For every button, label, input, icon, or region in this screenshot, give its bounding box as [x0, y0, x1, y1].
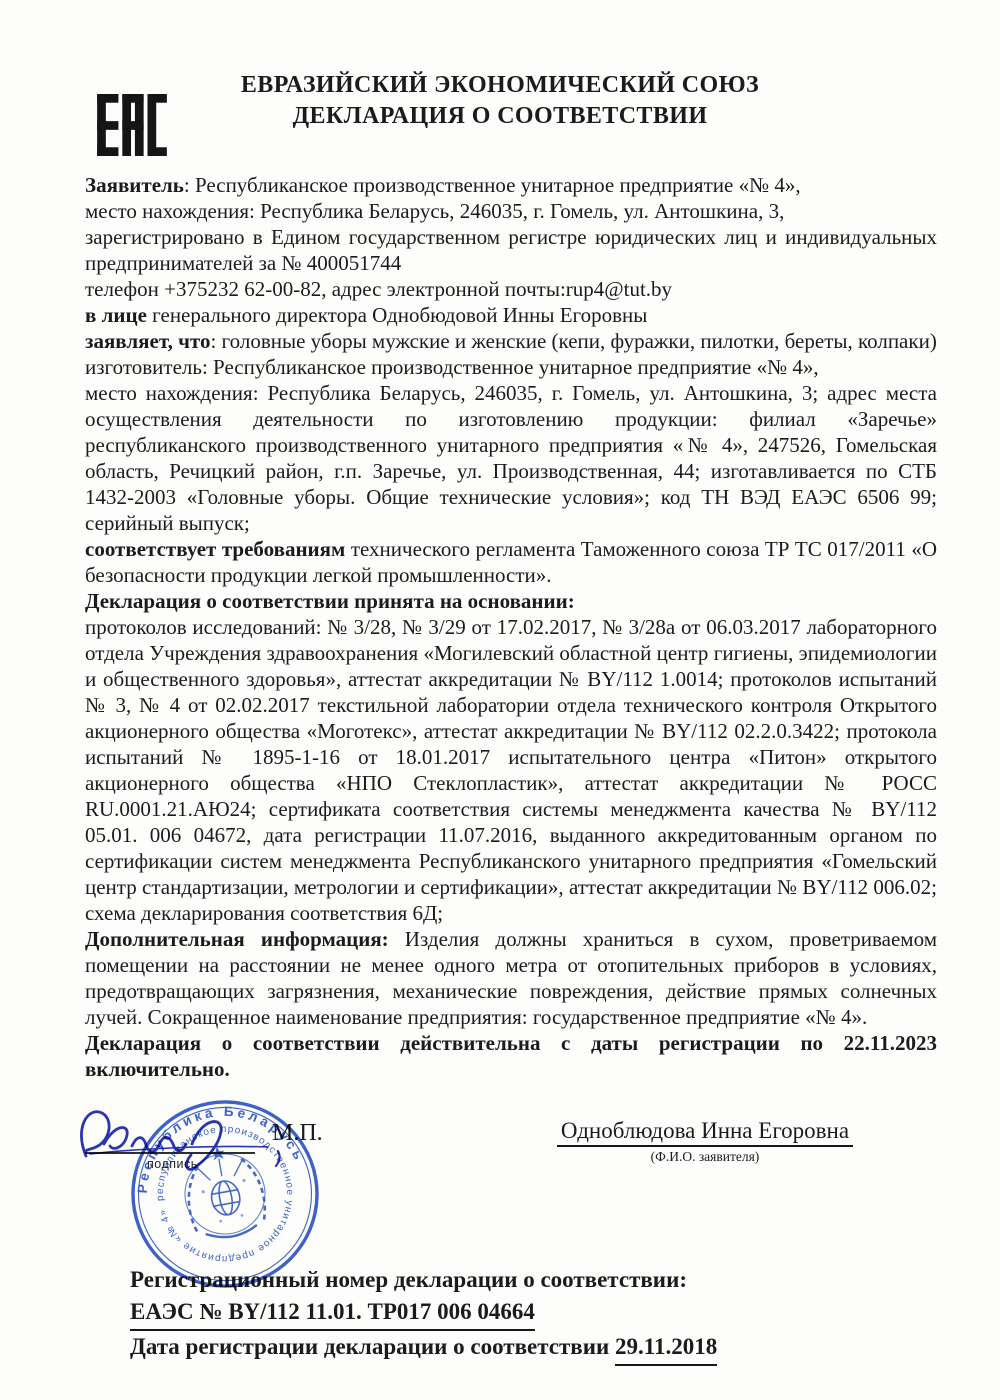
registration-date: 29.11.2018 [615, 1331, 717, 1366]
applicant-paragraph: Заявитель: Республиканское производствен… [85, 172, 937, 198]
title-line-union: ЕВРАЗИЙСКИЙ ЭКОНОМИЧЕСКИЙ СОЮЗ [0, 70, 1000, 101]
manufacturer-line: изготовитель: Республиканское производст… [85, 354, 937, 380]
applicant-label: Заявитель [85, 173, 184, 197]
applicant-block: Одноблюдова Инна Егоровна (Ф.И.О. заявит… [540, 1118, 870, 1165]
registration-title: Регистрационный номер декларации о соотв… [130, 1264, 930, 1296]
basis-paragraph: протоколов исследований: № 3/28, № 3/29 … [85, 614, 937, 926]
registration-number: ЕАЭС № BY/112 11.01. ТР017 006 04664 [130, 1296, 535, 1331]
compliance-paragraph: соответствует требованиям технического р… [85, 536, 937, 588]
represented-by-label: в лице [85, 303, 147, 327]
additional-info-paragraph: Дополнительная информация: Изделия должн… [85, 926, 937, 1030]
additional-info-label: Дополнительная информация: [85, 927, 389, 951]
declares-label: заявляет, что [85, 329, 210, 353]
compliance-label: соответствует требованиям [85, 537, 345, 561]
document-body: Заявитель: Республиканское производствен… [85, 172, 937, 1082]
document-title: ЕВРАЗИЙСКИЙ ЭКОНОМИЧЕСКИЙ СОЮЗ ДЕКЛАРАЦИ… [0, 70, 1000, 132]
handwritten-signature [70, 1098, 302, 1190]
registration-block: Регистрационный номер декларации о соотв… [130, 1264, 930, 1366]
represented-by-paragraph: в лице генерального директора Однобюдово… [85, 302, 937, 328]
contact-line: телефон +375232 62-00-82, адрес электрон… [85, 276, 937, 302]
applicant-name: Одноблюдова Инна Егоровна [557, 1118, 853, 1147]
basis-heading: Декларация о соответствии принята на осн… [85, 588, 937, 614]
declares-paragraph: заявляет, что: головные уборы мужские и … [85, 328, 937, 354]
registration-date-label: Дата регистрации декларации о соответств… [130, 1334, 615, 1359]
applicant-name-caption: (Ф.И.О. заявителя) [540, 1149, 870, 1165]
registration-registry-paragraph: зарегистрировано в Едином государственно… [85, 224, 937, 276]
validity-paragraph: Декларация о соответствии действительна … [85, 1030, 937, 1082]
declaration-document: ЕВРАЗИЙСКИЙ ЭКОНОМИЧЕСКИЙ СОЮЗ ДЕКЛАРАЦИ… [0, 0, 1000, 1400]
applicant-address-line: место нахождения: Республика Беларусь, 2… [85, 198, 937, 224]
title-line-declaration: ДЕКЛАРАЦИЯ О СООТВЕТСТВИИ [0, 101, 1000, 132]
manufacturing-address-paragraph: место нахождения: Республика Беларусь, 2… [85, 380, 937, 536]
